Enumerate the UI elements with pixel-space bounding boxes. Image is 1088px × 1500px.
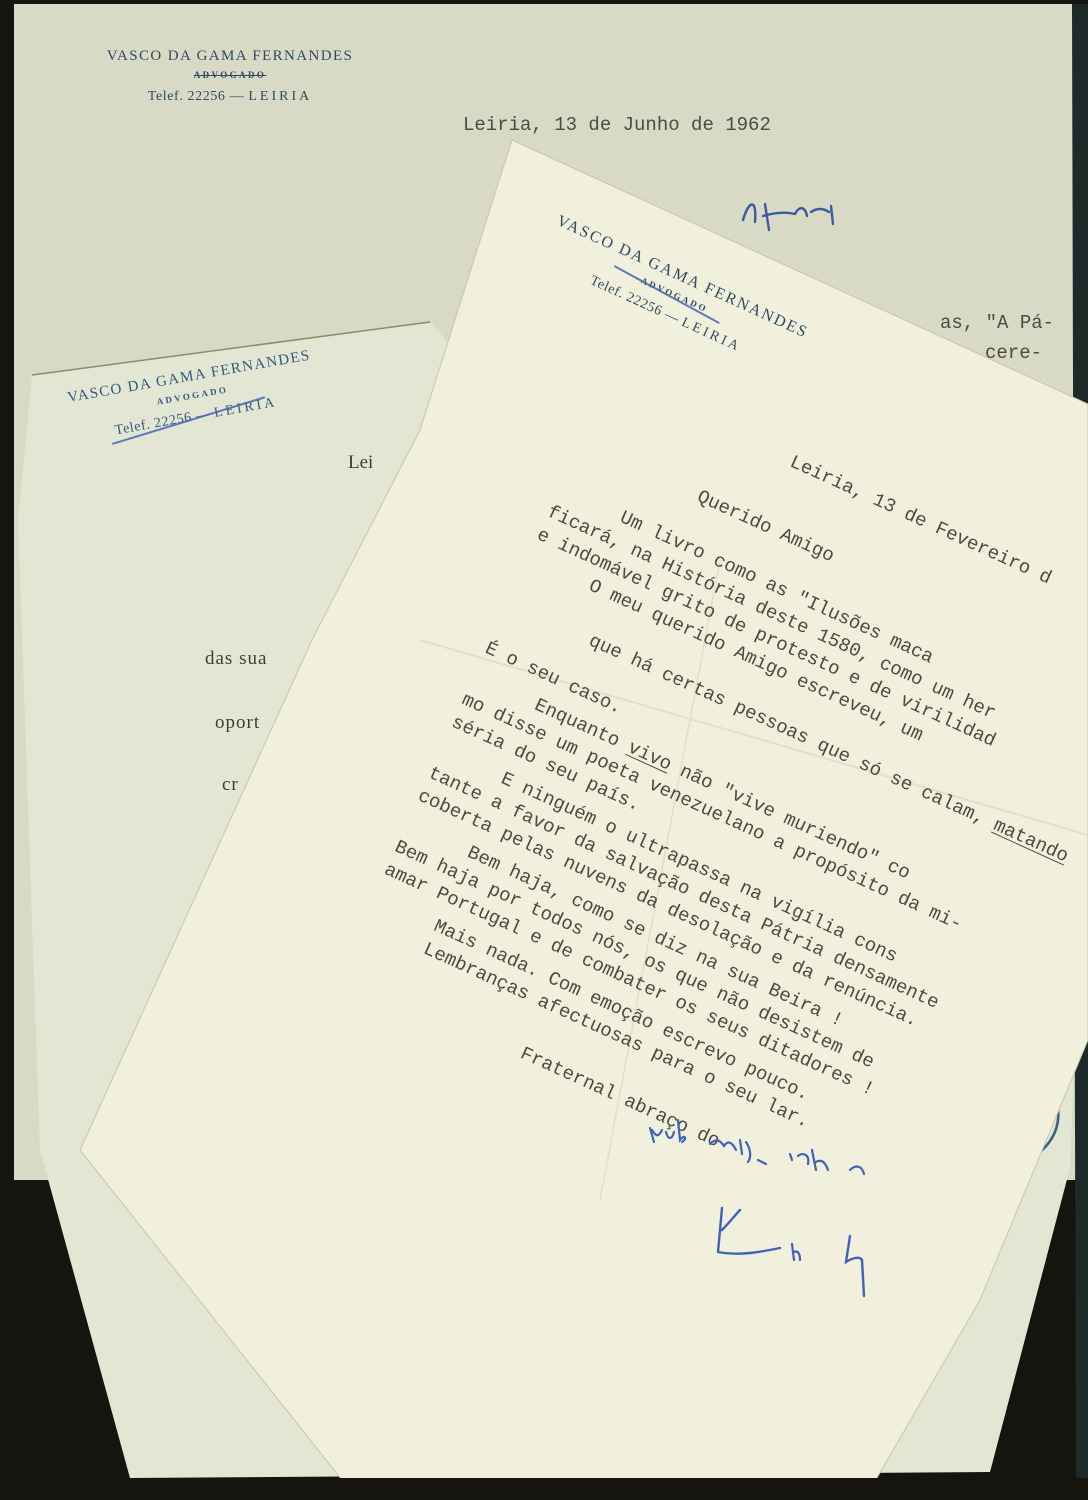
scanner-edge-bottom <box>0 1478 1088 1500</box>
front-letter-date: Leiria, 13 de Fevereiro d <box>786 451 1055 589</box>
signature <box>700 1200 900 1310</box>
handwritten-note <box>640 1110 900 1190</box>
document-photo-scene: VASCO DA GAMA FERNANDES ADVOGADO Telef. … <box>0 0 1088 1500</box>
scanner-edge-left <box>0 0 14 1500</box>
